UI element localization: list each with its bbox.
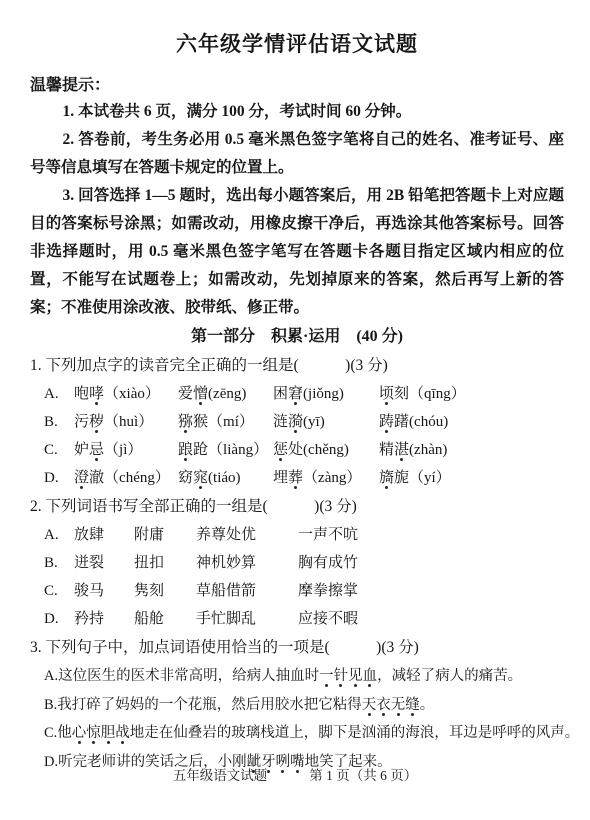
word-item: 手忙脚乱 — [196, 605, 298, 633]
page-content: 六年级学情评估语文试题 温馨提示： 1. 本试卷共 6 页，满分 100 分，考… — [0, 0, 590, 776]
question-3-stem: 3. 下列句子中，加点词语使用恰当的一项是( )(3 分) — [30, 633, 564, 662]
word-item: 船舱 — [134, 605, 196, 633]
word-item: 惩处(chěng) — [273, 436, 379, 464]
word-item: 养尊处优 — [196, 521, 298, 549]
option-label: A. — [44, 380, 74, 408]
notice-block: 1. 本试卷共 6 页，满分 100 分，考试时间 60 分钟。 2. 答卷前，… — [30, 98, 564, 322]
word-item: 骏马 — [74, 577, 134, 605]
page-title: 六年级学情评估语文试题 — [30, 28, 564, 58]
question-2-stem: 2. 下列词语书写全部正确的一组是( )(3 分) — [30, 492, 564, 521]
option-row: D.澄澈（chéng）窈窕(tiáo)埋葬（zàng）旖旎（yí） — [30, 464, 564, 492]
option-label: C. — [44, 436, 74, 464]
word-item: 爱憎(zēng) — [178, 380, 273, 408]
question-1-stem: 1. 下列加点字的读音完全正确的一组是( )(3 分) — [30, 351, 564, 380]
option-row: C.妒忌（jì）踉跄（liàng）惩处(chěng)精湛(zhàn) — [30, 436, 564, 464]
word-item: 污秽（huì） — [74, 408, 178, 436]
option-row: B.迸裂扭扣神机妙算胸有成竹 — [30, 549, 564, 577]
option-row: A.放肆附庸养尊处优一声不吭 — [30, 521, 564, 549]
word-item: 猕猴（mí） — [178, 408, 273, 436]
word-item: 神机妙算 — [196, 549, 298, 577]
word-item: 涟漪(yī) — [273, 408, 379, 436]
word-item: 顷刻（qīng） — [379, 380, 466, 408]
word-item: 胸有成竹 — [298, 549, 358, 577]
word-item: 摩拳擦掌 — [298, 577, 358, 605]
word-item: 窈窕(tiáo) — [178, 464, 273, 492]
option-row: D.矜持船舱手忙脚乱应接不暇 — [30, 605, 564, 633]
word-item: 隽刻 — [134, 577, 196, 605]
option-sentence: A.这位医生的医术非常高明，给病人抽血时一针见血，减轻了病人的痛苦。 — [30, 662, 564, 691]
section-heading: 第一部分 积累·运用 (40 分) — [30, 322, 564, 351]
notice-paragraph: 1. 本试卷共 6 页，满分 100 分，考试时间 60 分钟。 — [30, 98, 564, 126]
notice-paragraph: 2. 答卷前，考生务必用 0.5 毫米黑色签字笔将自己的姓名、准考证号、座号等信… — [30, 126, 564, 182]
word-item: 草船借箭 — [196, 577, 298, 605]
word-item: 放肆 — [74, 521, 134, 549]
word-item: 妒忌（jì） — [74, 436, 178, 464]
notice-heading: 温馨提示： — [30, 74, 564, 98]
option-label: A. — [44, 521, 74, 549]
word-item: 精湛(zhàn) — [379, 436, 447, 464]
option-row: C.骏马隽刻草船借箭摩拳擦掌 — [30, 577, 564, 605]
word-item: 扭扣 — [134, 549, 196, 577]
option-label: B. — [44, 408, 74, 436]
option-sentence: B.我打碎了妈妈的一个花瓶，然后用胶水把它粘得天衣无缝。 — [30, 691, 564, 720]
exam-page: 六年级学情评估语文试题 温馨提示： 1. 本试卷共 6 页，满分 100 分，考… — [0, 0, 590, 820]
word-item: 埋葬（zàng） — [273, 464, 379, 492]
word-item: 困窘(jiǒng) — [273, 380, 379, 408]
option-label: B. — [44, 549, 74, 577]
word-item: 咆哮（xiào） — [74, 380, 178, 408]
word-item: 迸裂 — [74, 549, 134, 577]
option-label: D. — [44, 605, 74, 633]
option-row: A.咆哮（xiào）爱憎(zēng)困窘(jiǒng)顷刻（qīng） — [30, 380, 564, 408]
word-item: 旖旎（yí） — [379, 464, 451, 492]
word-item: 一声不吭 — [298, 521, 358, 549]
footer-page-number: 第 1 页（共 6 页） — [309, 768, 417, 783]
q3-options: A.这位医生的医术非常高明，给病人抽血时一针见血，减轻了病人的痛苦。B.我打碎了… — [30, 662, 564, 776]
page-footer: 五年级语文试题第 1 页（共 6 页） — [0, 764, 590, 784]
option-sentence: C.他心惊胆战地走在仙叠岩的玻璃栈道上，脚下是汹涌的海浪，耳边是呼呼的风声。 — [30, 719, 564, 748]
q2-options: A.放肆附庸养尊处优一声不吭B.迸裂扭扣神机妙算胸有成竹C.骏马隽刻草船借箭摩拳… — [30, 521, 564, 633]
option-label: D. — [44, 464, 74, 492]
word-item: 矜持 — [74, 605, 134, 633]
word-item: 踉跄（liàng） — [178, 436, 273, 464]
word-item: 应接不暇 — [298, 605, 358, 633]
option-row: B.污秽（huì）猕猴（mí）涟漪(yī)踌躇(chóu) — [30, 408, 564, 436]
q1-options: A.咆哮（xiào）爱憎(zēng)困窘(jiǒng)顷刻（qīng）B.污秽（… — [30, 380, 564, 492]
word-item: 踌躇(chóu) — [379, 408, 448, 436]
word-item: 附庸 — [134, 521, 196, 549]
option-label: C. — [44, 577, 74, 605]
word-item: 澄澈（chéng） — [74, 464, 178, 492]
footer-exam-name: 五年级语文试题 — [173, 768, 268, 783]
notice-paragraph: 3. 回答选择 1—5 题时，选出每小题答案后，用 2B 铅笔把答题卡上对应题目… — [30, 182, 564, 322]
